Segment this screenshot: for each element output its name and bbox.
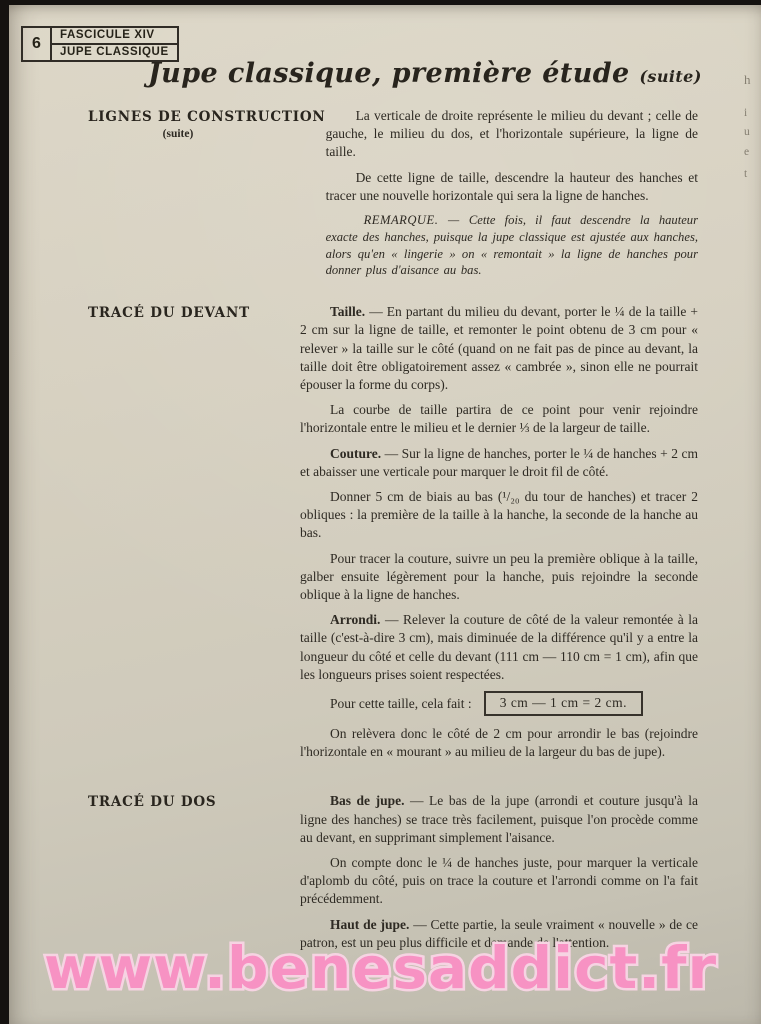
section-subheading: (suite) (88, 128, 268, 140)
section-heading: TRACÉ DU DOS (88, 794, 300, 810)
paragraph-text: On compte donc le ¼ de hanches juste, po… (300, 855, 698, 906)
paragraph: Donner 5 cm de biais au bas (¹/₂₀ du tou… (300, 488, 698, 543)
edge-text-fragment: t (744, 168, 747, 180)
edge-text-fragment: u (744, 126, 750, 138)
paragraph: On relèvera donc le côté de 2 cm pour ar… (300, 725, 698, 761)
section-heading: LIGNES DE CONSTRUCTION (88, 109, 326, 125)
paragraph-text: Donner 5 cm de biais au bas (¹/₂₀ du tou… (300, 489, 698, 540)
formula-label: Pour cette taille, cela fait : (300, 696, 472, 712)
paragraph-text: De cette ligne de taille, descendre la h… (326, 170, 698, 203)
section-trace-du-devant: TRACÉ DU DEVANT Taille. — En partant du … (88, 303, 698, 768)
paragraph-text: La courbe de taille partira de ce point … (300, 402, 698, 435)
edge-text-fragment: h (744, 72, 751, 88)
paragraph-couture: Couture. — Sur la ligne de hanches, port… (300, 445, 698, 481)
scanned-page-photo: 6 FASCICULE XIV JUPE CLASSIQUE Jupe clas… (0, 0, 761, 1024)
paragraph: La courbe de taille partira de ce point … (300, 401, 698, 437)
paragraph: Pour tracer la couture, suivre un peu la… (300, 550, 698, 605)
section-heading-column: TRACÉ DU DEVANT (88, 303, 300, 768)
paragraph: De cette ligne de taille, descendre la h… (326, 169, 698, 205)
paragraph: La verticale de droite représente le mil… (326, 107, 698, 162)
page-title-suffix: (suite) (639, 67, 701, 86)
page-title: Jupe classique, première étude (suite) (148, 58, 702, 89)
section-body-column: Taille. — En partant du milieu du devant… (300, 303, 698, 768)
edge-text-fragment: i (744, 107, 747, 119)
paragraph-text: La verticale de droite représente le mil… (326, 108, 698, 159)
formula-row: Pour cette taille, cela fait : 3 cm — 1 … (300, 691, 698, 716)
paragraph-taille: Taille. — En partant du milieu du devant… (300, 303, 698, 394)
section-heading-column: LIGNES DE CONSTRUCTION (suite) (88, 107, 326, 286)
section-body-column: La verticale de droite représente le mil… (326, 107, 698, 286)
paragraph-arrondi: Arrondi. — Relever la couture de côté de… (300, 611, 698, 684)
paragraph: On compte donc le ¼ de hanches juste, po… (300, 854, 698, 909)
section-heading: TRACÉ DU DEVANT (88, 305, 300, 321)
paragraph-lead: Taille. (330, 304, 365, 319)
paragraph-bas-de-jupe: Bas de jupe. — Le bas de la jupe (arrond… (300, 792, 698, 847)
paragraph-lead: Couture. (330, 446, 381, 461)
paragraph-text: On relèvera donc le côté de 2 cm pour ar… (300, 726, 698, 759)
page-content: LIGNES DE CONSTRUCTION (suite) La vertic… (88, 107, 698, 959)
paragraph-text: Pour tracer la couture, suivre un peu la… (300, 551, 698, 602)
paragraph-lead: Haut de jupe. (330, 917, 409, 932)
paragraph-lead: Bas de jupe. (330, 793, 404, 808)
watermark: www.benesaddict.fr (0, 934, 761, 1002)
remark-paragraph: REMARQUE. — Cette fois, il faut descendr… (326, 212, 698, 279)
edge-text-fragment: e (744, 146, 749, 158)
section-lignes-de-construction: LIGNES DE CONSTRUCTION (suite) La vertic… (88, 107, 698, 286)
page-number: 6 (23, 28, 52, 60)
formula-box: 3 cm — 1 cm = 2 cm. (484, 691, 643, 716)
header-badge: 6 FASCICULE XIV JUPE CLASSIQUE (21, 26, 179, 62)
remark-lead: REMARQUE. — (364, 213, 460, 227)
paragraph-lead: Arrondi. (330, 612, 380, 627)
page-title-main: Jupe classique, première étude (148, 58, 630, 89)
fascicule-label: FASCICULE XIV (52, 28, 177, 43)
header-badge-rows: FASCICULE XIV JUPE CLASSIQUE (52, 28, 177, 60)
